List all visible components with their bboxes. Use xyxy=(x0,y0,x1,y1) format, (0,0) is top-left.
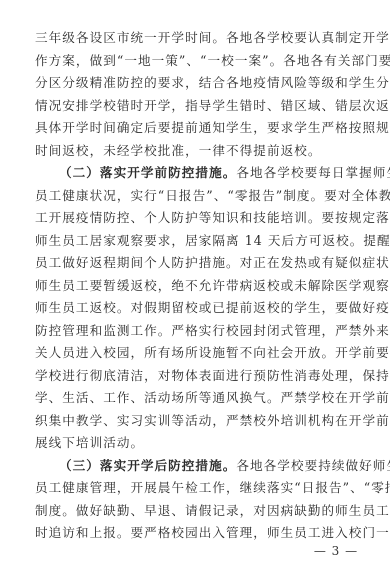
section-heading: （二）落实开学前防控措施。 xyxy=(59,165,236,180)
paragraph-line: 师生员工要暂缓返校，绝不允许带病返校或未解除医学观察的 xyxy=(35,278,361,294)
paragraph-line: 师生员工居家观察要求，居家隔离 14 天后方可返校。提醒师生 xyxy=(35,233,361,249)
paragraph-line: 织集中教学、实习实训等活动，严禁校外培训机构在开学前开 xyxy=(35,413,361,429)
paragraph-line: 学、生活、工作、活动场所等通风换气。严禁学校在开学前组 xyxy=(35,390,361,406)
paragraph-text: 各地各学校要每日掌握师生 xyxy=(236,165,390,180)
paragraph-line: 分区分级精准防控的要求，结合各地疫情风险等级和学生分布 xyxy=(35,75,361,91)
section-heading-line: （三）落实开学后防控措施。各地各学校要持续做好师生 xyxy=(59,458,361,474)
section-heading: （三）落实开学后防控措施。 xyxy=(59,458,236,473)
paragraph-line: 时追访和上报。要严格校园出入管理，师生员工进入校门一律 xyxy=(35,525,361,541)
section-heading-line: （二）落实开学前防控措施。各地各学校要每日掌握师生 xyxy=(59,165,361,181)
paragraph-line: 员工健康管理，开展晨午检工作，继续落实“日报告”、“零报告” xyxy=(35,480,361,496)
paragraph-line: 员工健康状况，实行“日报告”、“零报告”制度。要对全体教职员 xyxy=(35,188,361,204)
paragraph-line: 时间返校，未经学校批准，一律不得提前返校。 xyxy=(35,143,361,159)
paragraph-line: 师生员工返校。对假期留校或已提前返校的学生，要做好疫情 xyxy=(35,300,361,316)
paragraph-line: 员工做好返程期间个人防护措施。对正在发热或有疑似症状的 xyxy=(35,255,361,271)
paragraph-line: 关人员进入校园，所有场所设施暂不向社会开放。开学前要对 xyxy=(35,345,361,361)
paragraph-line: 工开展疫情防控、个人防护等知识和技能培训。要按规定落实 xyxy=(35,210,361,226)
paragraph-line: 防控管理和监测工作。严格实行校园封闭式管理，严禁外来无 xyxy=(35,323,361,339)
page-number: — 3 — xyxy=(308,544,364,558)
paragraph-line: 三年级各设区市统一开学时间。各地各学校要认真制定开学工 xyxy=(35,30,361,46)
document-page: 三年级各设区市统一开学时间。各地各学校要认真制定开学工 作方案，做到“一地一策”… xyxy=(0,0,390,568)
paragraph-line: 制度。做好缺勤、早退、请假记录，对因病缺勤的师生员工及 xyxy=(35,503,361,519)
paragraph-line: 展线下培训活动。 xyxy=(35,435,361,451)
paragraph-line: 情况安排学校错时开学，指导学生错时、错区域、错层次返校。 xyxy=(35,98,361,114)
paragraph-line: 作方案，做到“一地一策”、“一校一案”。各地各有关部门要按照 xyxy=(35,53,361,69)
paragraph-text: 各地各学校要持续做好师生 xyxy=(236,458,390,473)
paragraph-line: 学校进行彻底清洁，对物体表面进行预防性消毒处理，保持教 xyxy=(35,368,361,384)
paragraph-line: 具体开学时间确定后要提前通知学生，要求学生严格按照规定 xyxy=(35,120,361,136)
